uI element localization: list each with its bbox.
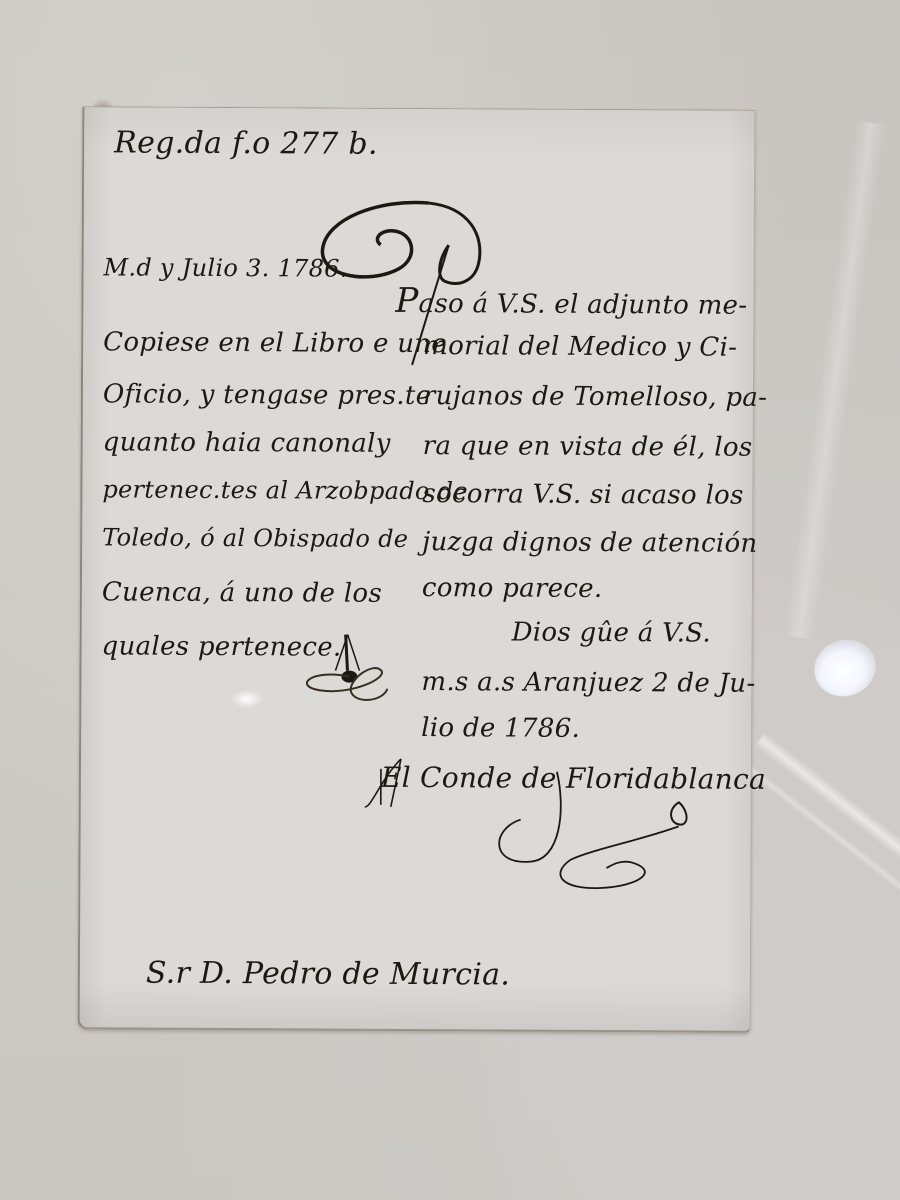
closing-line: m.s a.s Aranjuez 2 de Ju- (421, 667, 755, 699)
closing-line: lio de 1786. (421, 713, 580, 744)
margin-note-line: Toledo, ó al Obispado de (102, 523, 408, 553)
body-line: rujanos de Tomelloso, pa- (423, 381, 767, 413)
margin-note-line: Copiese en el Libro e une (103, 327, 447, 359)
glass-reflection-edge (754, 732, 900, 906)
letter-body: Paso á V.S. el adjunto me- morial del Me… (84, 107, 754, 111)
header-reference: Reg.da f.o 277 b. (114, 125, 378, 161)
body-line: ra que en vista de él, los (423, 431, 753, 463)
glass-glare-strip (784, 120, 886, 639)
margin-note-line: Oficio, y tengase pres.te (103, 379, 432, 411)
margin-note: M.d y Julio 3. 1786. Copiese en el Libro… (84, 107, 754, 111)
body-line: como parece. (422, 573, 603, 604)
light-reflection-spot (806, 631, 883, 705)
margin-note-line: quanto haia canonaly (103, 427, 391, 459)
letter-sheet: Reg.da f.o 277 b. M.d y Julio 3. 1786. C… (78, 106, 756, 1033)
signature-flourish-icon (360, 749, 741, 901)
addressee: S.r D. Pedro de Murcia. (146, 956, 510, 993)
rubric-flourish-icon (291, 630, 401, 711)
initial-letter: P (395, 281, 418, 321)
light-reflection-small (232, 690, 262, 708)
body-line: juzga dignos de atención (422, 527, 758, 559)
body-line: socorra V.S. si acaso los (422, 479, 743, 511)
body-line: morial del Medico y Ci- (423, 331, 737, 363)
closing-line: Dios gûe á V.S. (512, 617, 712, 648)
margin-note-line: Cuenca, á uno de los (102, 577, 382, 608)
body-line-text: aso á V.S. el adjunto me- (418, 289, 747, 321)
body-line: Paso á V.S. el adjunto me- (395, 281, 747, 323)
margin-note-line: pertenec.tes al Arzobpado de (102, 475, 468, 505)
